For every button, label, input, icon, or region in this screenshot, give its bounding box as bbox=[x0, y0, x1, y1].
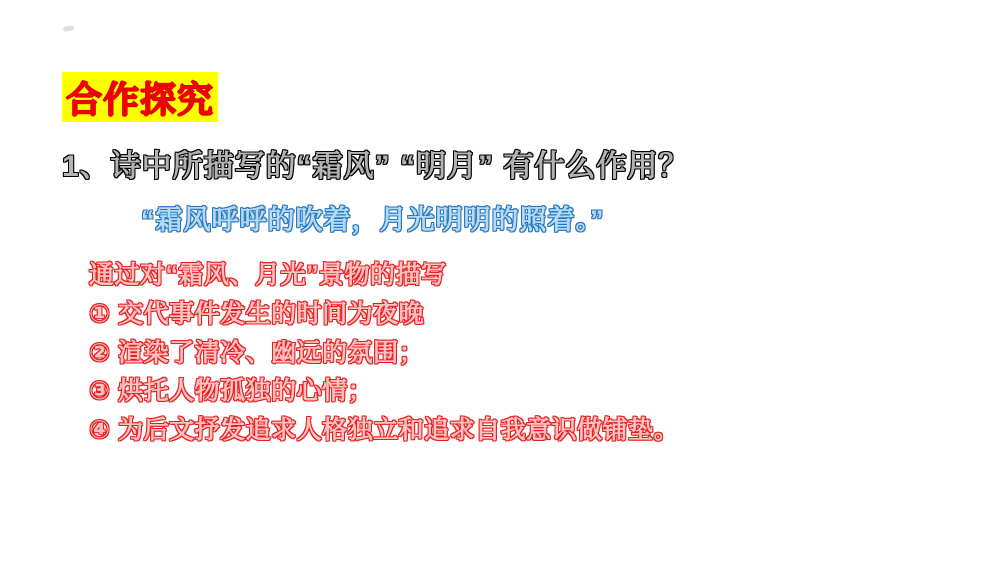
section-title-highlight: 合作探究 bbox=[62, 72, 218, 122]
question-text: 1、诗中所描写的“霜风” “明月” 有什么作用？ bbox=[62, 141, 689, 185]
presentation-slide: 合作探究 1、诗中所描写的“霜风” “明月” 有什么作用？ “霜风呼呼的吹着，月… bbox=[0, 0, 1000, 563]
analysis-intro: 通过对“霜风、月光”景物的描写 bbox=[89, 256, 679, 295]
analysis-block: 通过对“霜风、月光”景物的描写 ① 交代事件发生的时间为夜晚 ② 渲染了清冷、幽… bbox=[89, 256, 679, 450]
analysis-point-3: ③ 烘托人物孤独的心情； bbox=[89, 372, 679, 411]
smudge-mark bbox=[63, 25, 75, 32]
analysis-point-2: ② 渲染了清冷、幽远的氛围； bbox=[89, 334, 679, 373]
section-title: 合作探究 bbox=[66, 72, 214, 123]
analysis-point-4: ④ 为后文抒发追求人格独立和追求自我意识做铺垫。 bbox=[89, 411, 679, 450]
analysis-point-1: ① 交代事件发生的时间为夜晚 bbox=[89, 295, 679, 334]
poem-quote: “霜风呼呼的吹着，月光明明的照着。” bbox=[141, 198, 605, 237]
